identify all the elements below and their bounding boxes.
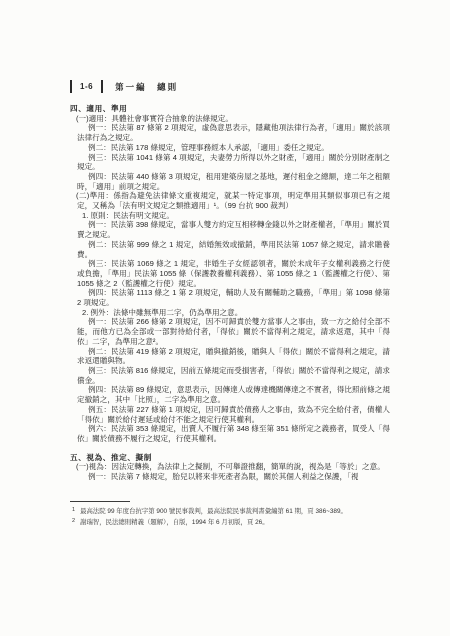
paragraph: 例二：民法第 419 條第 2 項規定，贈與撤銷後，贈與人「得依」關於不當得利之… [70,347,390,366]
paragraph: 例三：民法第 1041 條第 4 項規定，夫妻勞力所得以外之財產，「適用」關於分… [70,153,390,172]
paragraph: 四、適用、準用 [70,104,390,114]
paragraph: 例一：民法第 266 條第 2 項規定，因不可歸責於雙方當事人之事由，致一方之給… [70,317,390,346]
paragraph: 例六：民法第 353 條規定，出賣人不履行第 348 條至第 351 條所定之義… [70,424,390,443]
footnote-text: 最高法院 99 年度台抗字第 900 號民事裁判，最高法院民事裁判書彙編第 61… [80,507,392,518]
footnote: 2謝瑞智，民法總則精義（題解），自版，1994 年 6 月初版，頁 26。 [70,518,392,529]
paragraph: 例三：民法第 1069 條之 1 規定，非婚生子女經認領者，關於未成年子女權利義… [70,259,390,288]
paragraph: 例一：民法第 7 條規定，胎兒以將來非死產者為限，關於其個人利益之保護，「視 [70,472,390,482]
paragraph: 1. 原則：民法有明文規定。 [70,211,390,221]
footnotes-section: 1最高法院 99 年度台抗字第 900 號民事裁判，最高法院民事裁判書彙編第 6… [70,501,392,529]
page-number: 1-6 [70,80,103,93]
paragraph: 例四：民法第 1113 條之 1 第 2 項規定，輔助人及有關輔助之職務，「準用… [70,288,390,307]
footnote-marker: 2 [72,519,75,525]
paragraph: 例一：民法第 87 條第 2 項規定，虛偽意思表示，隱藏他項法律行為者，「適用」… [70,123,390,142]
paragraph: 例三：民法第 816 條規定，因前五條規定而受損害者，「得依」關於不當得利之規定… [70,366,390,385]
footnote-list: 1最高法院 99 年度台抗字第 900 號民事裁判，最高法院民事裁判書彙編第 6… [70,507,392,529]
footnote-text: 謝瑞智，民法總則精義（題解），自版，1994 年 6 月初版，頁 26。 [80,518,392,529]
paragraph: 2. 例外：法條中雖無準用二字，仍為準用之意。 [70,308,390,318]
paragraph: (二)準用：係指為避免法律條文重複規定，就某一特定事項，明定準用其類似事項已有之… [70,191,390,210]
paragraph: 例四：民法第 89 條規定，意思表示，因傳達人或傳達機關傳達之不實者，得比照前條… [70,385,390,404]
paragraph: 例五：民法第 227 條第 1 項規定，因可歸責於債務人之事由，致為不完全給付者… [70,405,390,424]
paragraph: (一)適用：具體社會事實符合抽象的法條規定。 [70,114,390,124]
paragraph: 例四：民法第 440 條第 3 項規定，租用建築房屋之基地，遲付租金之總額，達二… [70,172,390,191]
page-header: 1-6 第一編 總則 [70,80,390,93]
footnote: 1最高法院 99 年度台抗字第 900 號民事裁判，最高法院民事裁判書彙編第 6… [70,507,392,518]
document-page: 1-6 第一編 總則 四、適用、準用(一)適用：具體社會事實符合抽象的法條規定。… [0,0,450,636]
chapter-title: 第一編 總則 [115,81,178,93]
footnote-separator [70,501,130,502]
paragraph: 例二：民法第 999 條之 1 規定，結婚無效或撤銷，準用民法第 1057 條之… [70,240,390,259]
paragraph: 五、視為、推定、擬制 [70,453,390,463]
paragraph: 例二：民法第 178 條規定，管理事務經本人承認，「適用」委任之規定。 [70,143,390,153]
footnote-marker: 1 [72,508,75,514]
paragraph: (一)視為：因法定轉換，為法律上之擬制，不可舉證推翻，簡單的說，視為是「等於」之… [70,462,390,472]
document-body: 四、適用、準用(一)適用：具體社會事實符合抽象的法條規定。例一：民法第 87 條… [70,104,390,482]
paragraph: 例一：民法第 398 條規定，當事人雙方約定互相移轉金錢以外之財產權者，「準用」… [70,220,390,239]
